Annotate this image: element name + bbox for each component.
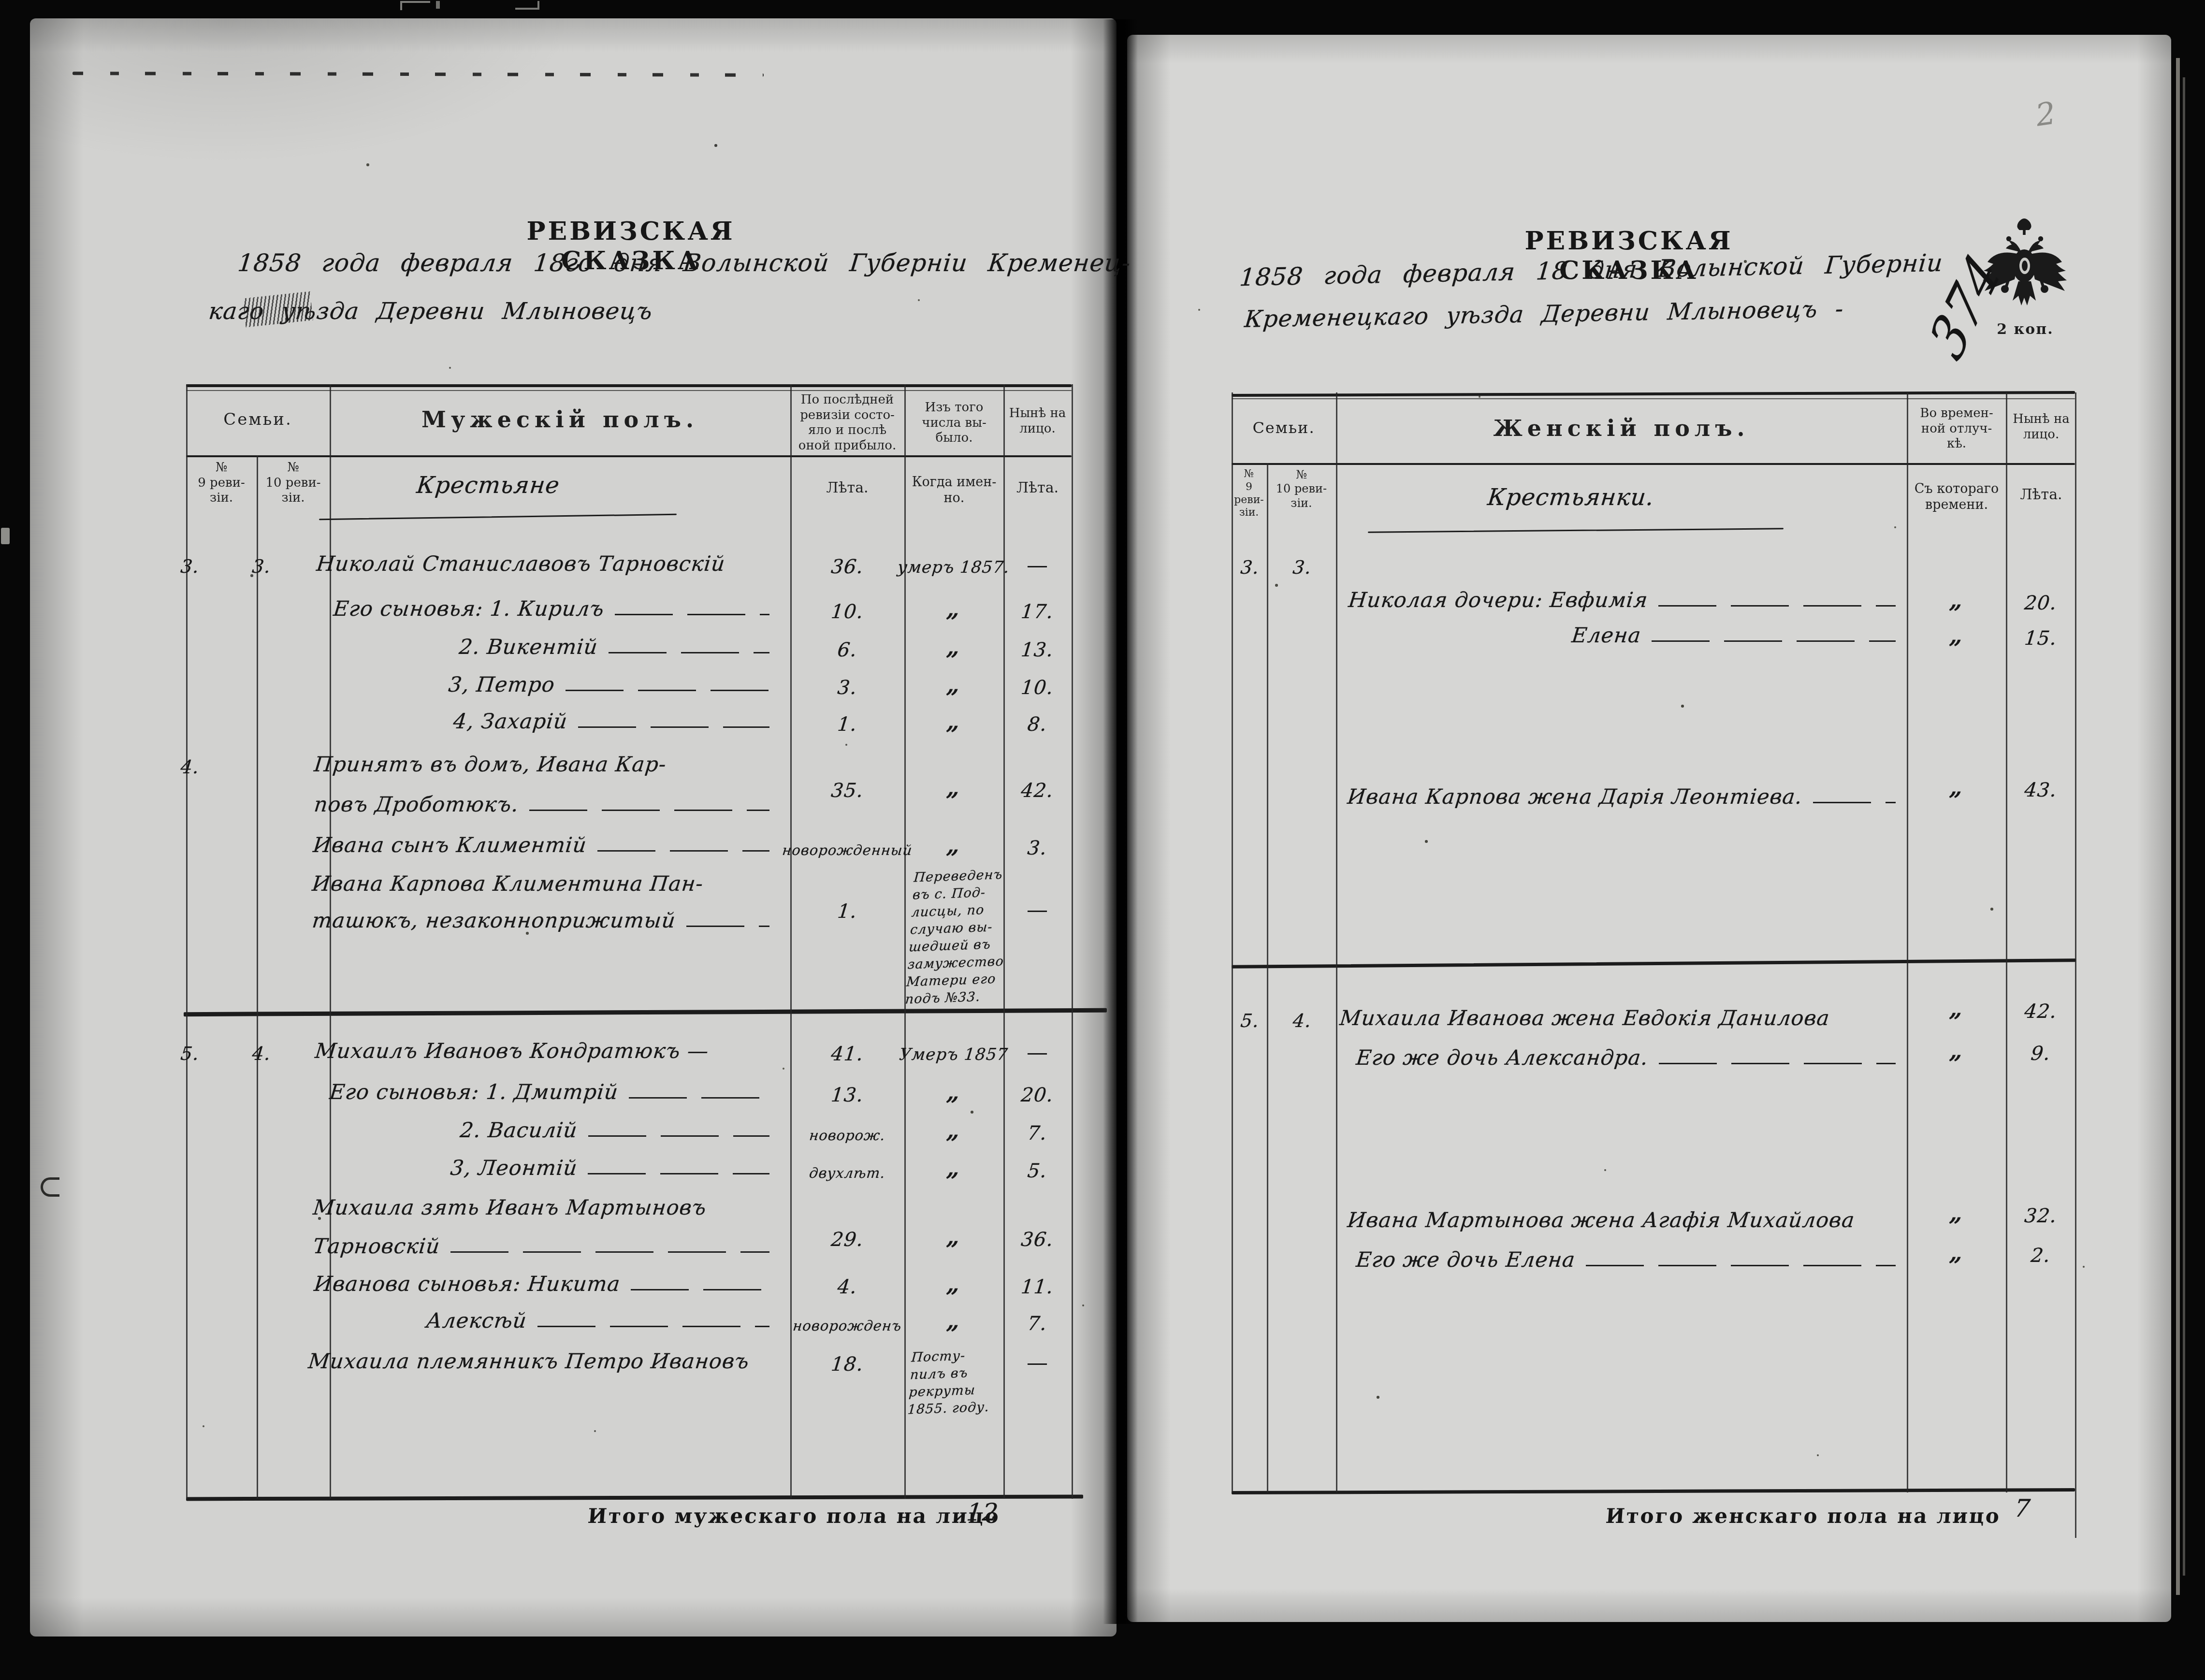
table-row: Ивана сынъ Климентій bbox=[313, 833, 773, 857]
age-current: — bbox=[1003, 553, 1071, 578]
person-name: 3, Петро bbox=[447, 673, 556, 697]
age-previous-revision: 1. bbox=[774, 900, 921, 923]
table-border bbox=[1232, 463, 2075, 465]
ditto-mark: „ bbox=[923, 1117, 984, 1144]
family-no-10: 4. bbox=[239, 1043, 285, 1064]
age-previous-revision: 3. bbox=[774, 677, 921, 699]
photo-mark bbox=[41, 1177, 59, 1197]
departure-note: Умеръ 1857 bbox=[885, 1045, 1022, 1064]
name-underline-tail bbox=[686, 926, 769, 927]
col-family-9th: № 9 реви- зіи. bbox=[189, 460, 254, 506]
col-now-present: Нынѣ на лицо. bbox=[1005, 406, 1070, 436]
col-departed: Изъ того числа вы- было. bbox=[907, 400, 1001, 446]
table-row: Николая дочери: Евфимія bbox=[1349, 588, 1900, 612]
table-row: Ивана Мартынова жена Агафія Михайлова bbox=[1348, 1208, 1900, 1232]
table-row: Михаила Иванова жена Евдокія Данилова bbox=[1340, 1006, 1900, 1030]
ditto-mark: „ bbox=[1926, 1240, 1987, 1266]
person-name: Михаила Иванова жена Евдокія Данилова bbox=[1338, 1006, 1831, 1030]
ditto-mark: „ bbox=[923, 1079, 984, 1105]
age-current: 7. bbox=[1002, 1313, 1073, 1335]
col-years: Лѣта. bbox=[793, 479, 902, 497]
col-female-sex: Женскій полъ. bbox=[1336, 415, 1907, 442]
decor bbox=[2017, 218, 2031, 230]
age-previous-revision: 13. bbox=[774, 1084, 921, 1106]
person-name: Ивана Мартынова жена Агафія Михайлова bbox=[1346, 1208, 1856, 1232]
page-edge-stack bbox=[2183, 77, 2185, 1576]
age-current: 9. bbox=[2006, 1043, 2076, 1065]
left-footer-label: Итого мужескаго пола на лицо bbox=[587, 1504, 1001, 1528]
ditto-mark: „ bbox=[1926, 1038, 1987, 1064]
table-row: Михаила зять Иванъ Мартыновъ bbox=[313, 1196, 773, 1220]
age-current: — bbox=[1003, 898, 1071, 922]
decor bbox=[2030, 252, 2067, 291]
person-name: Николай Станиславовъ Тарновскій bbox=[315, 552, 726, 576]
stamp-denomination: 2 коп. bbox=[1982, 321, 2069, 338]
person-name: Его же дочь Александра. bbox=[1355, 1046, 1649, 1070]
family-no-10: 3. bbox=[1279, 557, 1325, 578]
person-name: Елена bbox=[1570, 623, 1642, 648]
age-previous-revision: 6. bbox=[774, 639, 921, 661]
person-name: Его же дочь Елена bbox=[1355, 1248, 1576, 1272]
person-name: Алексѣй bbox=[425, 1309, 528, 1333]
table-row: ташюкъ, незаконноприжитый bbox=[312, 909, 773, 933]
person-name: Николая дочери: Евфимія bbox=[1347, 588, 1649, 612]
age-current: 43. bbox=[2006, 779, 2076, 801]
table-border bbox=[1336, 392, 1337, 1492]
col-since-when: Съ котораго времени. bbox=[1909, 481, 2004, 513]
person-name: 2. Василій bbox=[459, 1118, 579, 1143]
name-underline-tail bbox=[1586, 1265, 1896, 1266]
family-no-10: 4. bbox=[1279, 1010, 1325, 1031]
family-no-9: 5. bbox=[167, 1043, 213, 1064]
col-years: Лѣта. bbox=[2008, 486, 2074, 504]
ditto-mark: „ bbox=[1926, 587, 1987, 613]
photo-mark bbox=[436, 1, 440, 9]
col-prev-revision: По послѣдней ревизіи состо- яло и послѣ … bbox=[793, 392, 902, 454]
table-row: Тарновскій bbox=[313, 1234, 773, 1259]
age-current: 42. bbox=[2006, 1000, 2076, 1023]
ditto-mark: „ bbox=[1926, 996, 1987, 1022]
person-name: Тарновскій bbox=[312, 1234, 441, 1259]
age-current: — bbox=[1003, 1040, 1071, 1065]
ditto-mark: „ bbox=[923, 634, 984, 660]
age-current: 8. bbox=[1002, 713, 1073, 736]
col-family-10th: № 10 реви- зіи. bbox=[259, 460, 327, 506]
table-row: 2. Викентій bbox=[459, 635, 773, 659]
person-name: Михаила племянникъ Петро Ивановъ bbox=[307, 1349, 750, 1374]
family-no-9: 4. bbox=[167, 756, 213, 778]
table-row: Николай Станиславовъ Тарновскій bbox=[317, 552, 773, 576]
name-underline-tail bbox=[566, 690, 769, 691]
name-underline-tail bbox=[1659, 1063, 1896, 1064]
ditto-mark: „ bbox=[923, 596, 984, 622]
name-underline-tail bbox=[578, 726, 769, 728]
name-underline-tail bbox=[588, 1135, 769, 1137]
departure-note: Посту- пилъ въ рекруты 1855. году. bbox=[907, 1346, 1009, 1419]
table-row: 2. Василій bbox=[460, 1118, 773, 1143]
ditto-mark: „ bbox=[923, 1224, 984, 1250]
table-row: Михаила племянникъ Петро Ивановъ bbox=[308, 1349, 773, 1374]
table-row: Елена bbox=[1572, 623, 1900, 648]
decor bbox=[2006, 236, 2011, 241]
age-previous-revision: новорожденъ bbox=[774, 1318, 921, 1334]
age-previous-revision: 35. bbox=[774, 780, 921, 802]
table-row: Иванова сыновья: Никита bbox=[314, 1272, 773, 1296]
age-current: 3. bbox=[1002, 837, 1073, 859]
col-family-9th: № 9 реви- зіи. bbox=[1231, 468, 1267, 520]
name-underline-tail bbox=[1658, 605, 1896, 607]
age-previous-revision: новорож. bbox=[774, 1127, 921, 1144]
family-no-9: 3. bbox=[167, 556, 213, 577]
table-row: Его же дочь Александра. bbox=[1356, 1046, 1900, 1070]
age-previous-revision: 1. bbox=[774, 713, 921, 736]
ditto-mark: „ bbox=[923, 709, 984, 735]
table-border bbox=[2006, 392, 2007, 1492]
ditto-mark: „ bbox=[923, 1271, 984, 1297]
name-underline-tail bbox=[450, 1251, 769, 1253]
age-current: 42. bbox=[1002, 780, 1073, 802]
person-name: Его сыновья: 1. Дмитрій bbox=[328, 1080, 619, 1104]
col-family-10th: № 10 реви- зіи. bbox=[1268, 468, 1335, 510]
table-row: 4, Захарій bbox=[453, 710, 773, 734]
name-underline-tail bbox=[631, 1289, 769, 1290]
ditto-mark: „ bbox=[1926, 774, 1987, 800]
page-edge-stack bbox=[2176, 58, 2180, 1595]
age-current: 17. bbox=[1002, 601, 1073, 623]
col-now-present: Нынѣ на лицо. bbox=[2008, 412, 2074, 442]
age-current: — bbox=[1003, 1350, 1071, 1375]
col-family: Семьи. bbox=[1232, 419, 1336, 437]
table-row: 3, Леонтій bbox=[450, 1156, 773, 1180]
name-underline-tail bbox=[588, 1173, 769, 1174]
photo-mark bbox=[400, 1, 430, 10]
col-family: Семьи. bbox=[186, 410, 330, 430]
person-name: повъ Дроботюкъ. bbox=[313, 793, 520, 817]
decor bbox=[2013, 281, 2036, 305]
paper-specks bbox=[0, 0, 1, 1]
family-no-9: 5. bbox=[1227, 1010, 1273, 1031]
age-previous-revision: 18. bbox=[774, 1353, 921, 1376]
table-border bbox=[186, 390, 1072, 391]
ditto-mark: „ bbox=[923, 1155, 984, 1181]
person-name: Принятъ въ домъ, Ивана Кар- bbox=[313, 753, 667, 777]
departure-note: Переведенъ въ с. Под- лисцы, по случаю в… bbox=[905, 866, 1012, 1009]
person-name: 3, Леонтій bbox=[449, 1156, 579, 1180]
table-border bbox=[1907, 392, 1908, 1492]
table-border bbox=[2075, 392, 2076, 1538]
table-row: Алексѣй bbox=[426, 1309, 773, 1333]
family-no-10: 3. bbox=[239, 556, 285, 577]
age-current: 36. bbox=[1002, 1229, 1073, 1251]
age-previous-revision: новорожденный bbox=[774, 842, 921, 858]
age-current: 13. bbox=[1002, 639, 1073, 661]
name-underline-tail bbox=[597, 850, 769, 852]
ditto-mark: „ bbox=[1926, 623, 1987, 649]
name-underline-tail bbox=[537, 1326, 769, 1327]
age-previous-revision: 10. bbox=[774, 601, 921, 623]
person-name: Иванова сыновья: Никита bbox=[313, 1272, 621, 1296]
ditto-mark: „ bbox=[923, 832, 984, 858]
age-current: 11. bbox=[1002, 1276, 1073, 1298]
table-border bbox=[257, 455, 258, 1499]
col-temporarily-away: Во времен- ной отлуч- кѣ. bbox=[1909, 406, 2004, 452]
table-border bbox=[186, 384, 188, 1499]
age-current: 20. bbox=[1002, 1084, 1073, 1106]
person-name: Ивана Карпова жена Дарія Леонтіева. bbox=[1346, 785, 1803, 809]
table-row: 3, Петро bbox=[449, 673, 773, 697]
family-no-9: 3. bbox=[1227, 557, 1273, 578]
decor bbox=[2028, 241, 2044, 253]
name-underline-tail bbox=[629, 1097, 769, 1099]
table-border bbox=[186, 384, 1072, 387]
departure-note: умеръ 1857. bbox=[885, 558, 1022, 577]
age-current: 2. bbox=[2006, 1245, 2076, 1267]
table-border bbox=[1267, 463, 1268, 1492]
table-row: Ивана Карпова Климентина Пан- bbox=[312, 872, 773, 896]
ditto-mark: „ bbox=[923, 672, 984, 698]
scanned-book-photo: РЕВИЗСКАЯ СКАЗКА 1858 года февраля 18го … bbox=[0, 0, 2205, 1680]
age-previous-revision: 29. bbox=[774, 1229, 921, 1251]
right-footer-total: 7 bbox=[2013, 1494, 2032, 1522]
person-name: Михаилъ Ивановъ Кондратюкъ — bbox=[314, 1039, 710, 1063]
person-name: Михаила зять Иванъ Мартыновъ bbox=[312, 1196, 708, 1220]
decor bbox=[2023, 229, 2026, 235]
person-name: 4, Захарій bbox=[452, 710, 568, 734]
table-border bbox=[1232, 398, 2075, 399]
right-footer-label: Итого женскаго пола на лицо bbox=[1605, 1504, 2001, 1528]
person-name: Ивана Карпова Климентина Пан- bbox=[311, 872, 704, 896]
age-current: 7. bbox=[1002, 1122, 1073, 1144]
person-name: ташюкъ, незаконноприжитый bbox=[311, 909, 677, 933]
table-row: Ивана Карпова жена Дарія Леонтіева. bbox=[1348, 785, 1900, 809]
age-current: 5. bbox=[1002, 1160, 1073, 1182]
table-row: Михаилъ Ивановъ Кондратюкъ — bbox=[315, 1039, 773, 1063]
table-row: Его сыновья: 1. Дмитрій bbox=[330, 1080, 773, 1104]
ditto-mark: „ bbox=[923, 1308, 984, 1334]
name-underline-tail bbox=[1813, 802, 1896, 803]
col-when-exactly: Когда имен- но. bbox=[907, 475, 1001, 507]
person-name: Ивана сынъ Климентій bbox=[312, 833, 588, 857]
name-underline-tail bbox=[615, 614, 769, 615]
age-current: 15. bbox=[2006, 627, 2076, 650]
table-border bbox=[186, 455, 1072, 457]
ditto-mark: „ bbox=[923, 775, 984, 801]
col-peasant-women: Крестьянки. bbox=[1444, 483, 1698, 512]
age-current: 10. bbox=[1002, 677, 1073, 699]
table-border bbox=[330, 384, 331, 1499]
age-previous-revision: 4. bbox=[774, 1276, 921, 1298]
person-name: 2. Викентій bbox=[458, 635, 599, 659]
table-row: Его же дочь Елена bbox=[1356, 1248, 1900, 1272]
col-male-sex: Мужескій полъ. bbox=[330, 406, 790, 433]
age-current: 20. bbox=[2006, 592, 2076, 614]
decor bbox=[2038, 236, 2043, 241]
col-years: Лѣта. bbox=[1005, 479, 1070, 497]
name-underline-tail bbox=[1652, 640, 1896, 642]
name-underline-tail bbox=[529, 810, 769, 811]
table-row: Его сыновья: 1. Кирилъ bbox=[334, 597, 773, 621]
table-row: Принятъ въ домъ, Ивана Кар- bbox=[314, 753, 773, 777]
photo-mark bbox=[1, 528, 10, 544]
ditto-mark: „ bbox=[1926, 1200, 1987, 1226]
left-footer-total: 12 bbox=[965, 1498, 1000, 1526]
age-current: 32. bbox=[2006, 1205, 2076, 1227]
table-border bbox=[1072, 384, 1073, 1499]
photo-mark bbox=[515, 1, 539, 10]
col-peasants: Крестьяне bbox=[366, 471, 610, 500]
name-underline-tail bbox=[609, 652, 769, 653]
left-date-line: 1858 года февраля 18го дня Волынской Губ… bbox=[236, 249, 1132, 277]
age-previous-revision: двухлѣт. bbox=[774, 1165, 921, 1181]
table-row: повъ Дроботюкъ. bbox=[314, 793, 773, 817]
decor bbox=[2022, 261, 2028, 271]
person-name: Его сыновья: 1. Кирилъ bbox=[332, 597, 605, 621]
decor bbox=[2006, 241, 2021, 253]
